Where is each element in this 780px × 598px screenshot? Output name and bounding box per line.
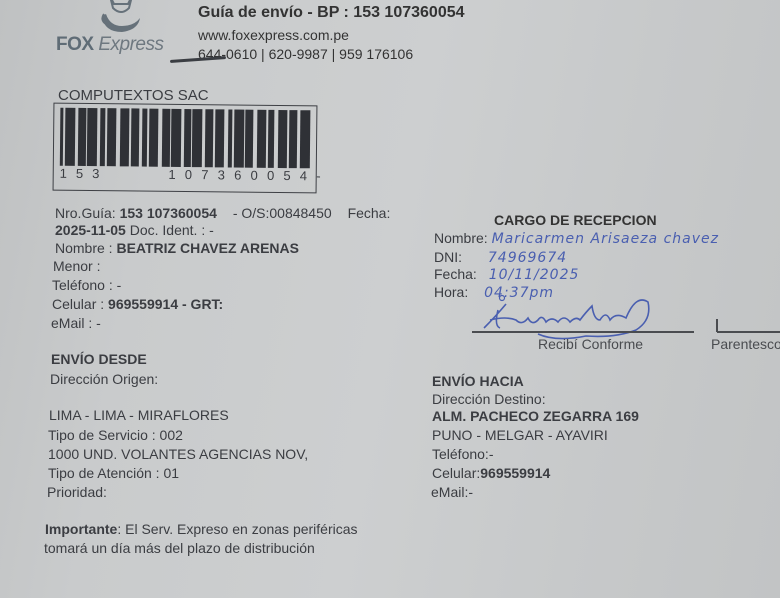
fox-logo-icon — [96, 0, 146, 34]
barcode-bars — [60, 108, 311, 169]
email-field: eMail : - — [51, 315, 101, 331]
brand-secondary: Express — [98, 34, 163, 55]
destination-address: ALM. PACHECO ZEGARRA 169 — [432, 408, 639, 424]
fox-express-logo: FOX Express — [56, 0, 206, 66]
contenido: 1000 UND. VOLANTES AGENCIAS NOV, — [48, 446, 308, 462]
receiver-name-row: Nombre: Maricarmen Arisaeza chavez — [434, 230, 719, 247]
important-note-line2: tomará un día más del plazo de distribuc… — [44, 540, 315, 556]
important-text-1: : El Serv. Expreso en zonas periféricas — [117, 521, 357, 537]
receiver-name-label: Nombre: — [434, 230, 488, 246]
barcode-bar — [300, 110, 310, 168]
receipt-date-handwritten: 10/11/2025 — [489, 267, 580, 283]
phone-numbers: 644-0610 | 620-9987 | 959 176106 — [198, 46, 413, 62]
receipt-date-row: Fecha: 10/11/2025 — [434, 266, 579, 283]
signature-line — [472, 331, 694, 333]
barcode-bar — [119, 108, 129, 166]
important-note-line1: Importante: El Serv. Expreso en zonas pe… — [45, 521, 358, 537]
barcode: 153 107360054- — [53, 103, 318, 194]
destination-telefono: Teléfono:- — [432, 446, 493, 462]
recibi-conforme-label: Recibí Conforme — [538, 336, 643, 352]
barcode-bar — [277, 110, 287, 168]
barcode-bar — [192, 109, 202, 167]
destination-celular-label: Celular: — [432, 465, 480, 481]
parentesco-line — [717, 331, 780, 333]
nro-guia-label: Nro.Guía: — [55, 205, 116, 221]
barcode-bar — [256, 110, 266, 168]
nombre-row: Nombre : BEATRIZ CHAVEZ ARENAS — [55, 240, 299, 256]
barcode-digits: 153 107360054- — [60, 166, 310, 184]
brand-wordmark: FOX Express — [56, 34, 163, 56]
barcode-number: 107360054- — [168, 167, 330, 184]
date-doc-row: 2025-11-05 Doc. Ident. : - — [55, 222, 214, 238]
menor-field: Menor : — [53, 258, 100, 274]
celular-label: Celular : — [52, 296, 104, 312]
barcode-bar — [171, 109, 181, 167]
destination-celular-value: 969559914 — [480, 465, 550, 481]
important-label: Importante — [45, 521, 117, 537]
tipo-servicio: Tipo de Servicio : 002 — [48, 427, 183, 443]
cargo-title: CARGO DE RECEPCION — [494, 212, 657, 228]
nombre-label: Nombre : — [55, 240, 113, 256]
receipt-date-label: Fecha: — [434, 266, 477, 282]
barcode-bar — [234, 110, 244, 168]
destination-email: eMail:- — [431, 484, 473, 500]
guide-title: Guía de envío - BP : 153 107360054 — [198, 4, 465, 22]
nro-guia-value: 153 107360054 — [120, 205, 217, 221]
barcode-bar — [148, 109, 158, 167]
celular-row: Celular : 969559914 - GRT: — [52, 296, 223, 312]
envio-hacia-heading: ENVÍO HACIA — [432, 373, 524, 389]
direccion-origen-label: Dirección Origen: — [50, 371, 158, 387]
barcode-bar — [65, 108, 75, 166]
barcode-bar — [215, 109, 225, 167]
destination-location: PUNO - MELGAR - AYAVIRI — [432, 427, 608, 443]
prioridad: Prioridad: — [47, 484, 107, 500]
origin-location: LIMA - LIMA - MIRAFLORES — [49, 407, 229, 423]
shipment-date: 2025-11-05 — [55, 222, 126, 238]
barcode-bar — [107, 108, 117, 166]
direccion-destino-label: Dirección Destino: — [432, 391, 546, 407]
destination-celular-row: Celular:969559914 — [432, 465, 550, 481]
parentesco-label: Parentesco — [711, 336, 780, 352]
website: www.foxexpress.com.pe — [198, 27, 349, 43]
receiver-name-handwritten: Maricarmen Arisaeza chavez — [492, 231, 719, 247]
envio-desde-heading: ENVÍO DESDE — [51, 351, 147, 367]
dni-handwritten: 74969674 — [488, 250, 567, 266]
signature-icon — [476, 290, 666, 340]
celular-value: 969559914 - GRT: — [108, 296, 223, 312]
barcode-bar — [87, 108, 97, 166]
fecha-label: Fecha: — [348, 205, 391, 221]
nombre-value: BEATRIZ CHAVEZ ARENAS — [116, 240, 299, 256]
os-number: - O/S:00848450 — [233, 205, 332, 221]
barcode-prefix: 153 — [60, 166, 109, 182]
nro-guia-row: Nro.Guía: 153 107360054 - O/S:00848450 F… — [55, 205, 390, 221]
dni-label: DNI: — [434, 249, 462, 265]
tipo-atencion: Tipo de Atención : 01 — [48, 465, 179, 481]
brand-primary: FOX — [56, 34, 94, 55]
receipt-time-label: Hora: — [434, 284, 468, 300]
telefono-field: Teléfono : - — [52, 277, 121, 293]
company-name: COMPUTEXTOS SAC — [58, 87, 209, 104]
doc-ident: Doc. Ident. : - — [130, 222, 214, 238]
dni-row: DNI: 74969674 — [434, 249, 567, 266]
